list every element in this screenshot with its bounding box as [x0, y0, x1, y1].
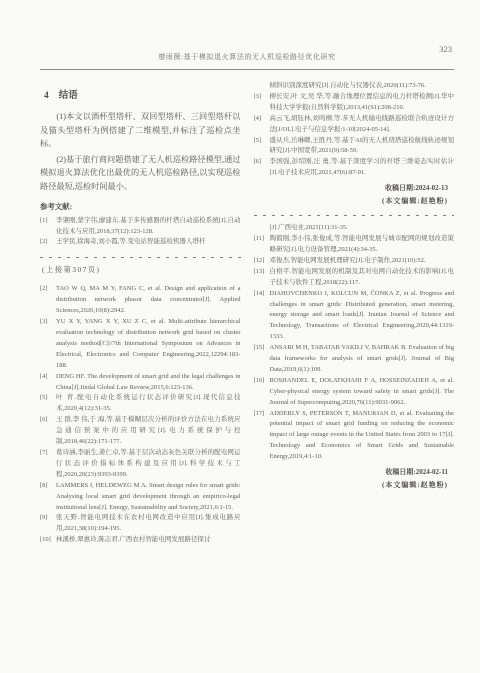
- reference-item: [3]YU X Y, YANG X Y, XU Z C, et al. Mult…: [40, 317, 241, 372]
- reference-text: 王 群,李 伟,于 海,等.基于模糊层次分析的评价方法在电力系统应急通信预案中的…: [56, 415, 241, 448]
- reference-item: [12]邓俊杰.智能电网发展机理研究[J].电子制作,2021(10):52.: [254, 256, 455, 267]
- page-header: 廖雨薇:基于模拟退火算法的无人机巡检路径优化研究 323: [40, 46, 454, 70]
- reference-item: [8]LAMMERS I, HELDEWEG M A. Smart design…: [40, 481, 241, 514]
- reference-text: 邓俊杰.智能电网发展机理研究[J].电子制作,2021(10):52.: [270, 256, 455, 267]
- dashed-separator: [254, 215, 455, 216]
- reference-number: [6]: [254, 157, 270, 179]
- conclusion-paragraph: (1)本文以酒杯型塔杆、双回型塔杆、三回型塔杆以及猫头型塔杆为例搭建了二维模型,…: [40, 110, 241, 151]
- reference-carryover-text: [J].广西电业,2021(11):31-35.: [270, 223, 455, 234]
- right-column: 倾斜识别深度研究[J].自动化与仪器仪表,2020(11):73-76. [3]…: [254, 83, 455, 546]
- reference-item: [7]葛诗涵,李丽生,姜仁卓,等.基于层次动态灰色关联分析的配电网运行状态评价指…: [40, 448, 241, 481]
- reference-item: [13]白格平.智能电网发展的机制及其对电网自动化技术的影响[J].电子技术与软…: [254, 267, 455, 289]
- reference-text: LAMMERS I, HELDEWEG M A. Smart design ru…: [56, 481, 241, 514]
- reference-number: [3]: [254, 92, 270, 114]
- continued-references-left: [2]TAO W Q, MA M Y, FANG C, et al. Desig…: [40, 284, 241, 546]
- reference-text: 葛诗涵,李丽生,姜仁卓,等.基于层次动态灰色关联分析的配电网运行状态评价指标体系…: [56, 448, 241, 481]
- reference-carryover-text: 倾斜识别深度研究[J].自动化与仪器仪表,2020(11):73-76.: [270, 81, 455, 92]
- section-title: 结语: [59, 91, 78, 101]
- reference-number: [14]: [254, 289, 270, 344]
- reference-text: 李国强,彭绍刚,汪 勇,等.基于深度学习的杆塔三维姿态实时估计[J].电子技术应…: [270, 157, 455, 179]
- reference-item: [1]李肇刚,蒙宇伟,廖建东.基于多传感器的杆塔自动巡检系统[J].自动化技术与…: [40, 216, 241, 238]
- received-date-label: 收稿日期:: [385, 468, 415, 476]
- reference-number: [15]: [254, 343, 270, 376]
- reference-number: [4]: [254, 114, 270, 136]
- editor-note: (本文编辑:赵艳粉): [254, 480, 455, 490]
- reference-number: [2]: [40, 237, 56, 248]
- reference-text: DENG HF. The development of smart grid a…: [56, 372, 241, 394]
- received-date-label: 收稿日期:: [385, 184, 415, 192]
- continued-references-right: [11]陶毅刚,李小伟,张俊成,等.智能电网发展与城市配网的规划改造策略研究[J…: [254, 234, 455, 463]
- reference-number: [10]: [40, 535, 56, 546]
- reference-text: 盛从兵,岳琳卿,王胜丹,等.基于AI的无人机绕塔巡检航线轨迹规划研究[J].中国…: [270, 136, 455, 158]
- reference-text: ROSHANDEL E, DOLATKHAHI F A, HOSSEINZADE…: [270, 376, 455, 409]
- reference-text: 高云飞,胡钰林,刘鸣柳,等.多无人机输电线路巡检联合轨迹设计方法[J/OL].电…: [270, 114, 455, 136]
- reference-item: [5]盛从兵,岳琳卿,王胜丹,等.基于AI的无人机绕塔巡检航线轨迹规划研究[J]…: [254, 136, 455, 158]
- section-number: 4: [44, 91, 49, 101]
- conclusion-paragraph: (2)基于旅行商问题搭建了无人机巡检路径模型,通过模拟退火算法优化出最优的无人机…: [40, 153, 241, 194]
- reference-item: [6]李国强,彭绍刚,汪 勇,等.基于深度学习的杆塔三维姿态实时估计[J].电子…: [254, 157, 455, 179]
- received-date-value: 2024-02-13: [415, 184, 448, 192]
- editor-note: (本文编辑:赵艳粉): [254, 196, 455, 206]
- reference-number: [12]: [254, 256, 270, 267]
- reference-item: [15]ANSARI M H, TABATAB VAKILI V, BAHRAK…: [254, 343, 455, 376]
- reference-text: ANSARI M H, TABATAB VAKILI V, BAHRAK B. …: [270, 343, 455, 376]
- reference-text: ADDERLY S, PETERSON T, MANUKIAN D, et al…: [270, 409, 455, 464]
- reference-item: [4]DENG HF. The development of smart gri…: [40, 372, 241, 394]
- reference-item: [11]陶毅刚,李小伟,张俊成,等.智能电网发展与城市配网的规划改造策略研究[J…: [254, 234, 455, 256]
- reference-text: 叶 青.配电自动化系统运行状态评价研究[J].现代信息技术,2020,4(12)…: [56, 393, 241, 415]
- received-date-value: 2024-02-11: [416, 468, 448, 476]
- reference-item: [4]高云飞,胡钰林,刘鸣柳,等.多无人机输电线路巡检联合轨迹设计方法[J/OL…: [254, 114, 455, 136]
- references-heading: 参考文献:: [40, 201, 241, 212]
- dashed-separator: [40, 257, 241, 258]
- reference-item: [17]ADDERLY S, PETERSON T, MANUKIAN D, e…: [254, 409, 455, 464]
- reference-text: 张天野.智能电网技术在农村电网改造中应用[J].集成电路应用,2021,38(1…: [56, 513, 241, 535]
- reference-number: [9]: [40, 513, 56, 535]
- reference-number: [4]: [40, 372, 56, 394]
- two-column-body: 4结语 (1)本文以酒杯型塔杆、双回型塔杆、三回型塔杆以及猫头型塔杆为例搭建了二…: [40, 83, 454, 546]
- primary-references-right: [3]柳长安,叶 文,吴 华,等.融合地理位置信息的电力杆塔检测[J].华中科技…: [254, 92, 455, 179]
- section-heading: 4结语: [44, 87, 241, 101]
- reference-number: [5]: [254, 136, 270, 158]
- reference-text: 李肇刚,蒙宇伟,廖建东.基于多传感器的杆塔自动巡检系统[J].自动化技术与应用,…: [56, 216, 241, 238]
- received-date-line: 收稿日期:2024-02-11: [254, 467, 455, 477]
- reference-number: [6]: [40, 415, 56, 448]
- reference-number: [13]: [254, 267, 270, 289]
- reference-number: [2]: [40, 284, 56, 317]
- primary-references-left: [1]李肇刚,蒙宇伟,廖建东.基于多传感器的杆塔自动巡检系统[J].自动化技术与…: [40, 216, 241, 249]
- received-date-line: 收稿日期:2024-02-13: [254, 183, 455, 193]
- reference-item: [2]TAO W Q, MA M Y, FANG C, et al. Desig…: [40, 284, 241, 317]
- reference-text: 陶毅刚,李小伟,张俊成,等.智能电网发展与城市配网的规划改造策略研究[J].电力…: [270, 234, 455, 256]
- reference-number: [17]: [254, 409, 270, 464]
- reference-number: [1]: [40, 216, 56, 238]
- continued-from-note: (上接第307页): [42, 265, 241, 275]
- reference-text: 柳长安,叶 文,吴 华,等.融合地理位置信息的电力杆塔检测[J].华中科技大学学…: [270, 92, 455, 114]
- reference-text: YU X Y, YANG X Y, XU Z C, et al. Multi-a…: [56, 317, 241, 372]
- reference-number: [3]: [40, 317, 56, 372]
- reference-item: [16]ROSHANDEL E, DOLATKHAHI F A, HOSSEIN…: [254, 376, 455, 409]
- reference-number: [16]: [254, 376, 270, 409]
- reference-item: [10]林溪桥,翠惠玲,陈志君.广西农村智能电网发展路径探讨: [40, 535, 241, 546]
- reference-item: [9]张天野.智能电网技术在农村电网改造中应用[J].集成电路应用,2021,3…: [40, 513, 241, 535]
- reference-item: [3]柳长安,叶 文,吴 华,等.融合地理位置信息的电力杆塔检测[J].华中科技…: [254, 92, 455, 114]
- reference-text: DIAHOVCHENKO I, KOLCUN M, ČONKA Z, et al…: [270, 289, 455, 344]
- reference-text: TAO W Q, MA M Y, FANG C, et al. Design a…: [56, 284, 241, 317]
- running-title: 廖雨薇:基于模拟退火算法的无人机巡检路径优化研究: [158, 52, 335, 62]
- reference-text: 林溪桥,翠惠玲,陈志君.广西农村智能电网发展路径探讨: [56, 535, 241, 546]
- reference-item: [2]王学民,徐海奇,刘小霞,等.变电站智能巡检机器人塔杆: [40, 237, 241, 248]
- reference-item: [6]王 群,李 伟,于 海,等.基于模糊层次分析的评价方法在电力系统应急通信预…: [40, 415, 241, 448]
- left-column: 4结语 (1)本文以酒杯型塔杆、双回型塔杆、三回型塔杆以及猫头型塔杆为例搭建了二…: [40, 83, 241, 546]
- reference-number: [5]: [40, 393, 56, 415]
- reference-item: [5]叶 青.配电自动化系统运行状态评价研究[J].现代信息技术,2020,4(…: [40, 393, 241, 415]
- journal-page: 廖雨薇:基于模拟退火算法的无人机巡检路径优化研究 323 4结语 (1)本文以酒…: [0, 0, 480, 673]
- reference-text: 王学民,徐海奇,刘小霞,等.变电站智能巡检机器人塔杆: [56, 237, 241, 248]
- reference-number: [8]: [40, 481, 56, 514]
- reference-number: [7]: [40, 448, 56, 481]
- reference-number: [11]: [254, 234, 270, 256]
- page-number: 323: [439, 44, 452, 54]
- reference-item: [14]DIAHOVCHENKO I, KOLCUN M, ČONKA Z, e…: [254, 289, 455, 344]
- reference-text: 白格平.智能电网发展的机制及其对电网自动化技术的影响[J].电子技术与软件工程,…: [270, 267, 455, 289]
